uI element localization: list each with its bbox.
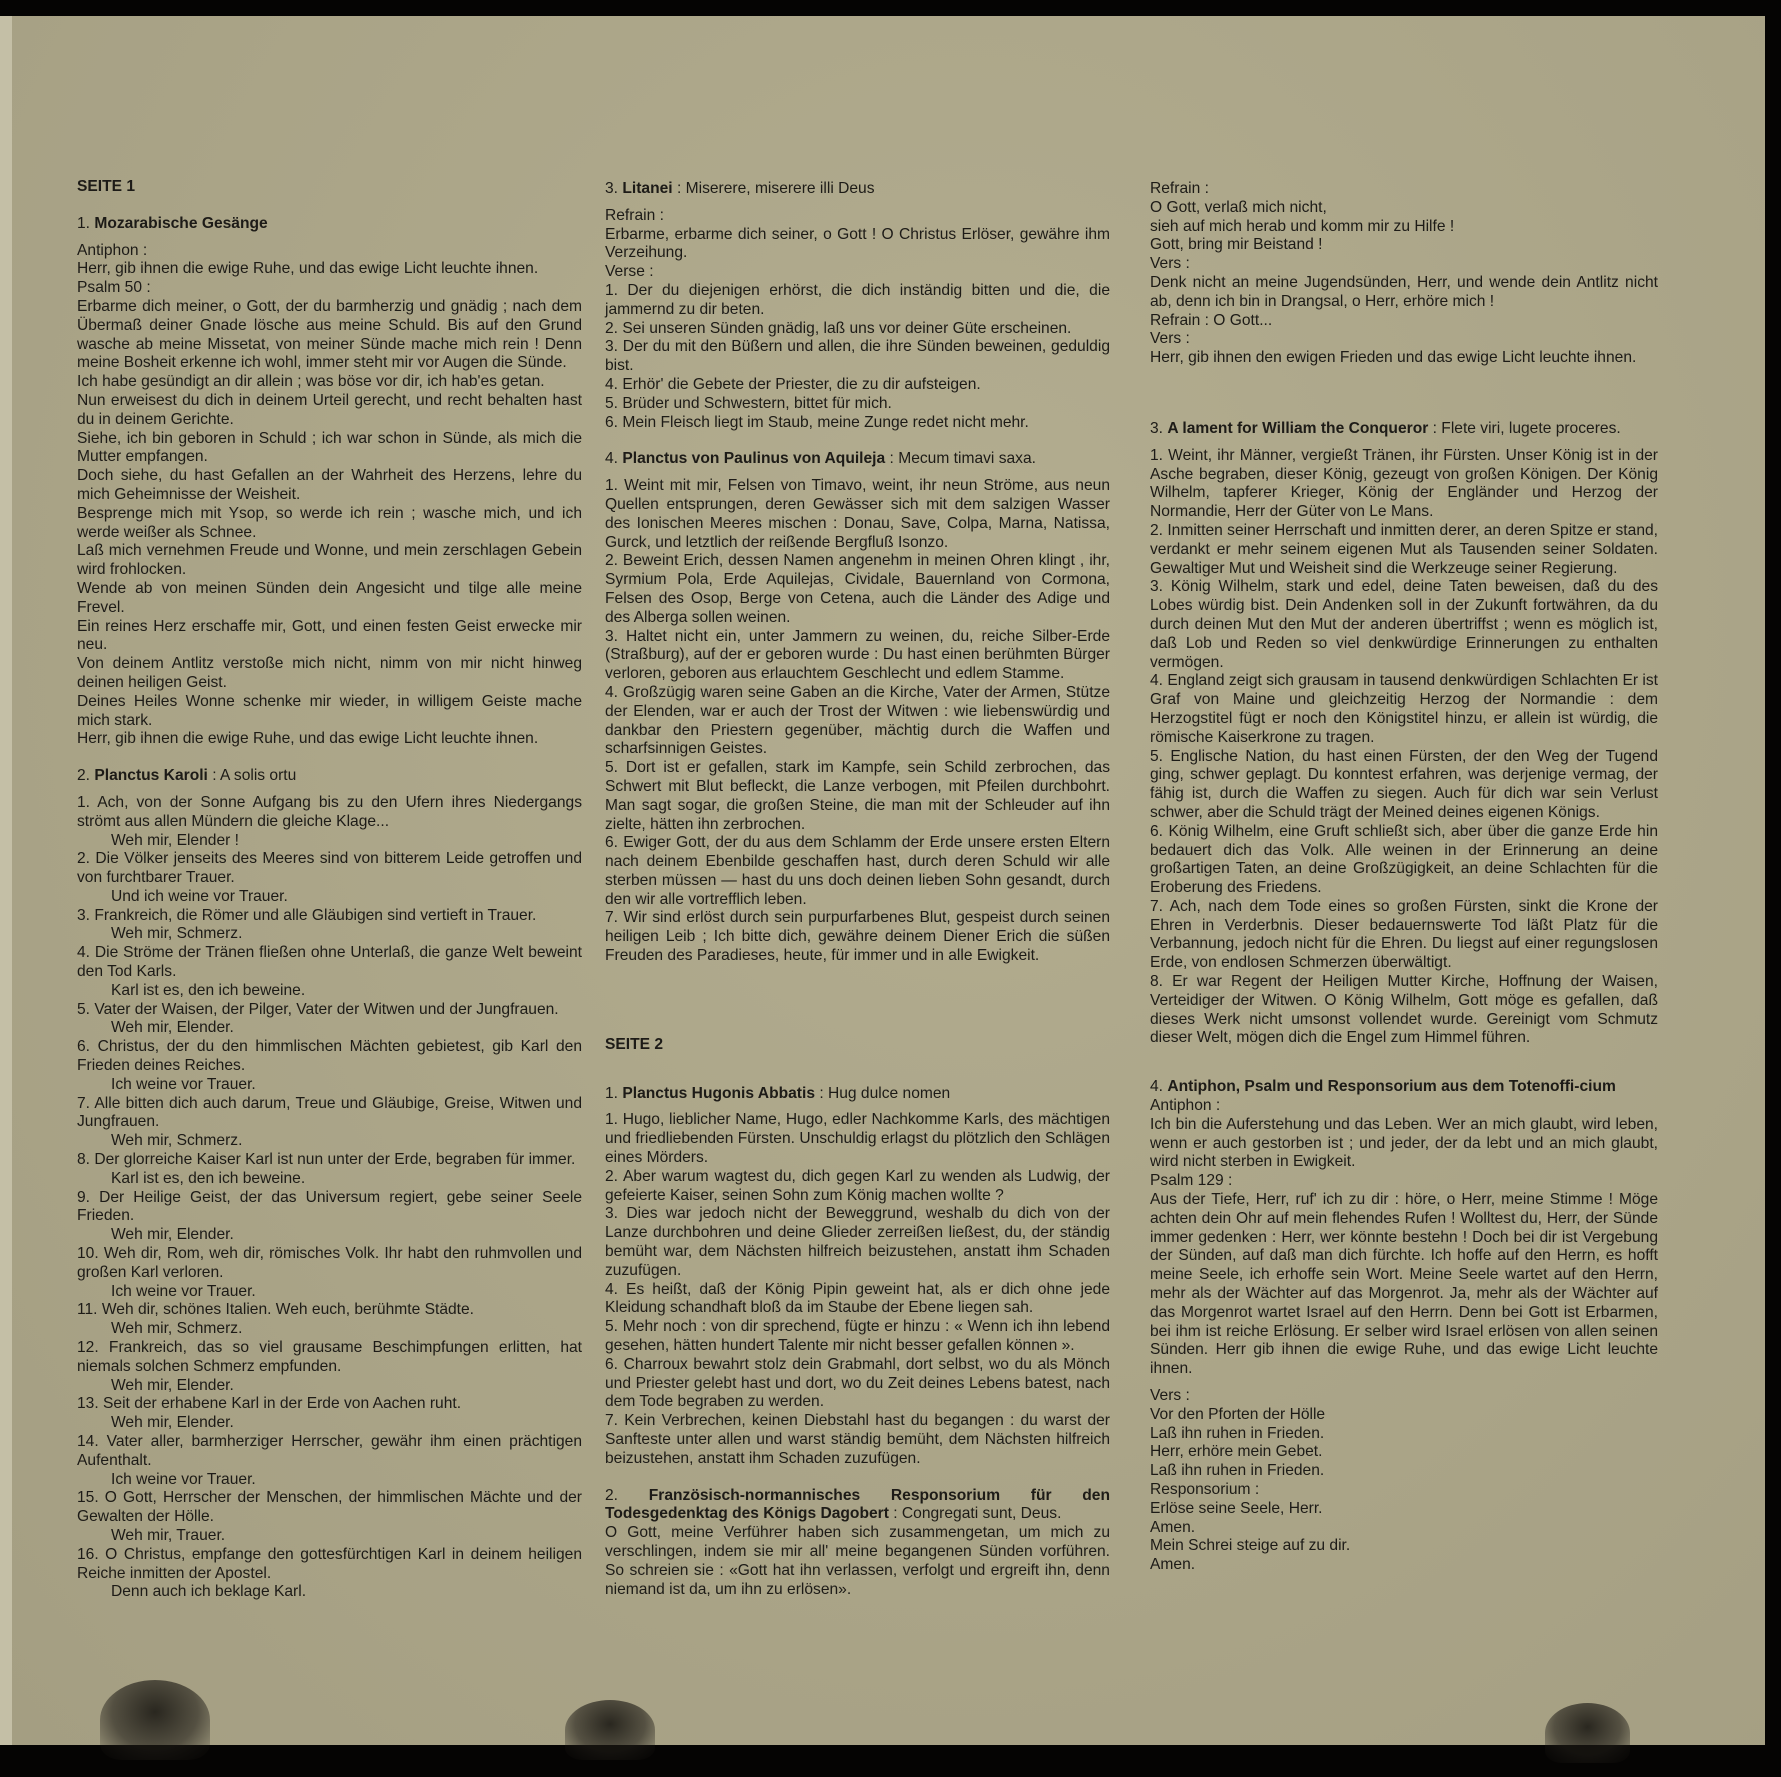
text-line: O Gott, verlaß mich nicht, <box>1150 199 1658 218</box>
text-line: 2. Sei unseren Sünden gnädig, laß uns vo… <box>605 320 1110 339</box>
planctus-karoli-verses: 1. Ach, von der Sonne Aufgang bis zu den… <box>77 794 582 1602</box>
paulinus-verses: 1. Weint mit mir, Felsen von Timavo, wei… <box>605 477 1110 966</box>
verse: 12. Frankreich, das so viel grausame Bes… <box>77 1339 582 1377</box>
text-line: sieh auf mich herab und komm mir zu Hilf… <box>1150 218 1658 237</box>
section-heading: 1. Mozarabische Gesänge <box>77 215 582 234</box>
label: Vers : <box>1150 255 1658 274</box>
text-line: 1. Weint, ihr Männer, vergießt Tränen, i… <box>1150 447 1658 522</box>
label: Antiphon : <box>77 242 582 261</box>
label: Refrain : <box>605 207 1110 226</box>
paragraph: O Gott, meine Verführer haben sich zusam… <box>605 1524 1110 1599</box>
verse-refrain: Weh mir, Schmerz. <box>77 1132 582 1151</box>
section-heading: 3. A lament for William the Conqueror : … <box>1150 420 1658 439</box>
verse-refrain: Weh mir, Schmerz. <box>77 1320 582 1339</box>
text-line: Wende ab von meinen Sünden dein Angesich… <box>77 580 582 618</box>
verse-refrain: Weh mir, Trauer. <box>77 1527 582 1546</box>
verse: 11. Weh dir, schönes Italien. Weh euch, … <box>77 1301 582 1320</box>
text-line: Laß mich vernehmen Freude und Wonne, und… <box>77 542 582 580</box>
paragraph: Erbarme, erbarme dich seiner, o Gott ! O… <box>605 226 1110 264</box>
text-line: Laß ihn ruhen in Frieden. <box>1150 1425 1658 1444</box>
finger-shadow <box>100 1680 210 1760</box>
text-line: 4. England zeigt sich grausam in tausend… <box>1150 672 1658 747</box>
verse-refrain: Karl ist es, den ich beweine. <box>77 1170 582 1189</box>
text-line: Erbarme dich meiner, o Gott, der du barm… <box>77 298 582 373</box>
verse-refrain: Karl ist es, den ich beweine. <box>77 982 582 1001</box>
verse: 13. Seit der erhabene Karl in der Erde v… <box>77 1395 582 1414</box>
william-verses: 1. Weint, ihr Männer, vergießt Tränen, i… <box>1150 447 1658 1049</box>
label: Vers : <box>1150 330 1658 349</box>
text-line: 5. Brüder und Schwestern, bittet für mic… <box>605 395 1110 414</box>
text-line: 6. König Wilhelm, eine Gruft schließt si… <box>1150 823 1658 898</box>
text-line: Siehe, ich bin geboren in Schuld ; ich w… <box>77 430 582 468</box>
paragraph: Aus der Tiefe, Herr, ruf' ich zu dir : h… <box>1150 1191 1658 1379</box>
text-line: Amen. <box>1150 1556 1658 1575</box>
text-line: Vor den Pforten der Hölle <box>1150 1406 1658 1425</box>
verse: 9. Der Heilige Geist, der das Universum … <box>77 1189 582 1227</box>
label: Psalm 50 : <box>77 279 582 298</box>
verse-refrain: Weh mir, Schmerz. <box>77 925 582 944</box>
verse: 8. Der glorreiche Kaiser Karl ist nun un… <box>77 1151 582 1170</box>
text-line: 3. König Wilhelm, stark und edel, deine … <box>1150 578 1658 672</box>
verse-refrain: Ich weine vor Trauer. <box>77 1471 582 1490</box>
verse-refrain: Weh mir, Elender. <box>77 1414 582 1433</box>
paragraph: Herr, gib ihnen die ewige Ruhe, und das … <box>77 260 582 279</box>
text-line: Erlöse seine Seele, Herr. <box>1150 1500 1658 1519</box>
text-line: 2. Inmitten seiner Herrschaft und inmitt… <box>1150 522 1658 578</box>
text-line: 1. Hugo, lieblicher Name, Hugo, edler Na… <box>605 1111 1110 1167</box>
text-line: 7. Wir sind erlöst durch sein purpurfarb… <box>605 909 1110 965</box>
text-line: 6. Ewiger Gott, der du aus dem Schlamm d… <box>605 834 1110 909</box>
side-2-heading: SEITE 2 <box>605 1036 1110 1055</box>
text-line: 6. Charroux bewahrt stolz dein Grabmahl,… <box>605 1356 1110 1412</box>
paragraph: Ich bin die Auferstehung und das Leben. … <box>1150 1116 1658 1172</box>
verse: 16. O Christus, empfange den gottesfürch… <box>77 1546 582 1584</box>
text-line: 4. Es heißt, daß der König Pipin geweint… <box>605 1281 1110 1319</box>
verse: 3. Frankreich, die Römer und alle Gläubi… <box>77 907 582 926</box>
section-heading: 4. Planctus von Paulinus von Aquileja : … <box>605 450 1110 469</box>
verse-refrain: Weh mir, Elender. <box>77 1226 582 1245</box>
refrain-lines: O Gott, verlaß mich nicht,sieh auf mich … <box>1150 199 1658 255</box>
psalm-50-text: Erbarme dich meiner, o Gott, der du barm… <box>77 298 582 749</box>
text-line: 7. Ach, nach dem Tode eines so großen Fü… <box>1150 898 1658 973</box>
verse: 4. Die Ströme der Tränen fließen ohne Un… <box>77 944 582 982</box>
text-line: 1. Weint mit mir, Felsen von Timavo, wei… <box>605 477 1110 552</box>
column-3: Refrain : O Gott, verlaß mich nicht,sieh… <box>1150 180 1658 1575</box>
verse-refrain: Weh mir, Elender ! <box>77 832 582 851</box>
text-line: 5. Dort ist er gefallen, stark im Kampfe… <box>605 759 1110 834</box>
text-line: 3. Dies war jedoch nicht der Beweggrund,… <box>605 1205 1110 1280</box>
verse: 1. Ach, von der Sonne Aufgang bis zu den… <box>77 794 582 832</box>
verse: 15. O Gott, Herrscher der Menschen, der … <box>77 1489 582 1527</box>
text-line: 7. Kein Verbrechen, keinen Diebstahl has… <box>605 1412 1110 1468</box>
text-line: Von deinem Antlitz verstoße mich nicht, … <box>77 655 582 693</box>
text-line: Herr, erhöre mein Gebet. <box>1150 1443 1658 1462</box>
verse-refrain: Ich weine vor Trauer. <box>77 1283 582 1302</box>
text-line: 5. Mehr noch : von dir sprechend, fügte … <box>605 1318 1110 1356</box>
paragraph: Denk nicht an meine Jugendsünden, Herr, … <box>1150 274 1658 312</box>
label: Vers : <box>1150 1387 1658 1406</box>
text-line: 2. Aber warum wagtest du, dich gegen Kar… <box>605 1168 1110 1206</box>
text-line: Deines Heiles Wonne schenke mir wieder, … <box>77 693 582 731</box>
litanei-verses: 1. Der du diejenigen erhörst, die dich i… <box>605 282 1110 432</box>
text-line: 3. Haltet nicht ein, unter Jammern zu we… <box>605 628 1110 684</box>
section-heading: 3. Litanei : Miserere, miserere illi Deu… <box>605 180 1110 199</box>
text-line: 5. Englische Nation, du hast einen Fürst… <box>1150 748 1658 823</box>
column-1: SEITE 1 1. Mozarabische Gesänge Antiphon… <box>77 178 582 1602</box>
text-line: Ich habe gesündigt an dir allein ; was b… <box>77 373 582 392</box>
verse: 10. Weh dir, Rom, weh dir, römisches Vol… <box>77 1245 582 1283</box>
column-2: 3. Litanei : Miserere, miserere illi Deu… <box>605 180 1110 1599</box>
verse-refrain: Weh mir, Elender. <box>77 1377 582 1396</box>
text-line: 6. Mein Fleisch liegt im Staub, meine Zu… <box>605 414 1110 433</box>
section-heading: 1. Planctus Hugonis Abbatis : Hug dulce … <box>605 1085 1110 1104</box>
text-line: 4. Großzügig waren seine Gaben an die Ki… <box>605 684 1110 759</box>
responsorium-lines: Erlöse seine Seele, Herr.Amen.Mein Schre… <box>1150 1500 1658 1575</box>
verse-refrain: Denn auch ich beklage Karl. <box>77 1583 582 1602</box>
text-line: Herr, gib ihnen die ewige Ruhe, und das … <box>77 730 582 749</box>
text-line: 1. Der du diejenigen erhörst, die dich i… <box>605 282 1110 320</box>
verse-refrain: Ich weine vor Trauer. <box>77 1076 582 1095</box>
verse-refrain: Und ich weine vor Trauer. <box>77 888 582 907</box>
text-line: Besprenge mich mit Ysop, so werde ich re… <box>77 505 582 543</box>
verse: 6. Christus, der du den himmlischen Mäch… <box>77 1038 582 1076</box>
label: Responsorium : <box>1150 1481 1658 1500</box>
verse: 14. Vater aller, barmherziger Herrscher,… <box>77 1433 582 1471</box>
finger-shadow <box>1545 1703 1630 1763</box>
paragraph: Herr, gib ihnen den ewigen Frieden und d… <box>1150 349 1658 368</box>
text-line: 4. Erhör' die Gebete der Priester, die z… <box>605 376 1110 395</box>
text-line: Nun erweisest du dich in deinem Urteil g… <box>77 392 582 430</box>
side-1-heading: SEITE 1 <box>77 178 582 197</box>
section-heading: 2. Französisch-normannisches Responsoriu… <box>605 1487 1110 1525</box>
text-line: 3. Der du mit den Büßern und allen, die … <box>605 338 1110 376</box>
verse-refrain: Weh mir, Elender. <box>77 1019 582 1038</box>
verse: 5. Vater der Waisen, der Pilger, Vater d… <box>77 1001 582 1020</box>
text-line: Laß ihn ruhen in Frieden. <box>1150 1462 1658 1481</box>
finger-shadow <box>565 1700 655 1760</box>
text-line: Doch siehe, du hast Gefallen an der Wahr… <box>77 467 582 505</box>
text-line: 2. Beweint Erich, dessen Namen angenehm … <box>605 552 1110 627</box>
section-heading: 2. Planctus Karoli : A solis ortu <box>77 767 582 786</box>
label: Antiphon : <box>1150 1097 1658 1116</box>
label: Verse : <box>605 263 1110 282</box>
section-heading: 4. Antiphon, Psalm und Responsorium aus … <box>1150 1078 1658 1097</box>
vers-lines: Vor den Pforten der HölleLaß ihn ruhen i… <box>1150 1406 1658 1481</box>
label: Refrain : <box>1150 180 1658 199</box>
text-line: Mein Schrei steige auf zu dir. <box>1150 1537 1658 1556</box>
hugo-verses: 1. Hugo, lieblicher Name, Hugo, edler Na… <box>605 1111 1110 1468</box>
label: Refrain : O Gott... <box>1150 312 1658 331</box>
label: Psalm 129 : <box>1150 1172 1658 1191</box>
verse: 2. Die Völker jenseits des Meeres sind v… <box>77 850 582 888</box>
sheet-left-edge <box>0 16 12 1745</box>
text-line: Ein reines Herz erschaffe mir, Gott, und… <box>77 618 582 656</box>
text-line: 8. Er war Regent der Heiligen Mutter Kir… <box>1150 973 1658 1048</box>
text-line: Amen. <box>1150 1519 1658 1538</box>
text-line: Gott, bring mir Beistand ! <box>1150 236 1658 255</box>
verse: 7. Alle bitten dich auch darum, Treue un… <box>77 1095 582 1133</box>
